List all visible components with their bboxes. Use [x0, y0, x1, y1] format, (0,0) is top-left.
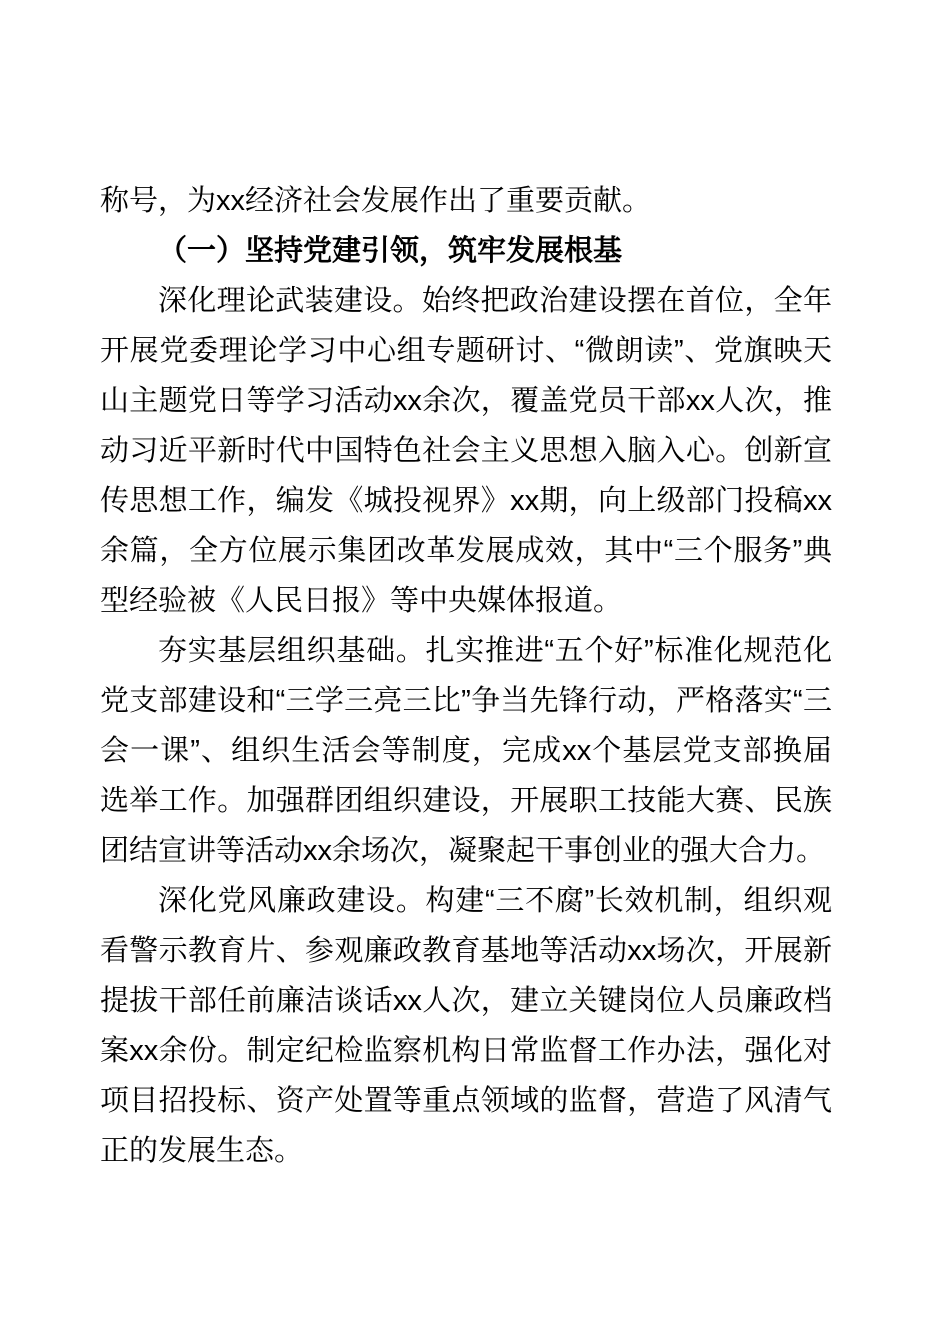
paragraph-theory-armament: 深化理论武装建设。始终把政治建设摆在首位，全年开展党委理论学习中心组专题研讨、“… — [100, 276, 832, 626]
paragraph-grassroots-organization: 夯实基层组织基础。扎实推进“五个好”标准化规范化党支部建设和“三学三亮三比”争当… — [100, 626, 832, 876]
paragraph-party-discipline: 深化党风廉政建设。构建“三不腐”长效机制，组织观看警示教育片、参观廉政教育基地等… — [100, 876, 832, 1176]
section-heading-party-building: （一）坚持党建引领，筑牢发展根基 — [100, 226, 832, 276]
document-page: 称号，为xx经济社会发展作出了重要贡献。 （一）坚持党建引领，筑牢发展根基 深化… — [0, 0, 950, 1344]
paragraph-continuation: 称号，为xx经济社会发展作出了重要贡献。 — [100, 176, 832, 226]
